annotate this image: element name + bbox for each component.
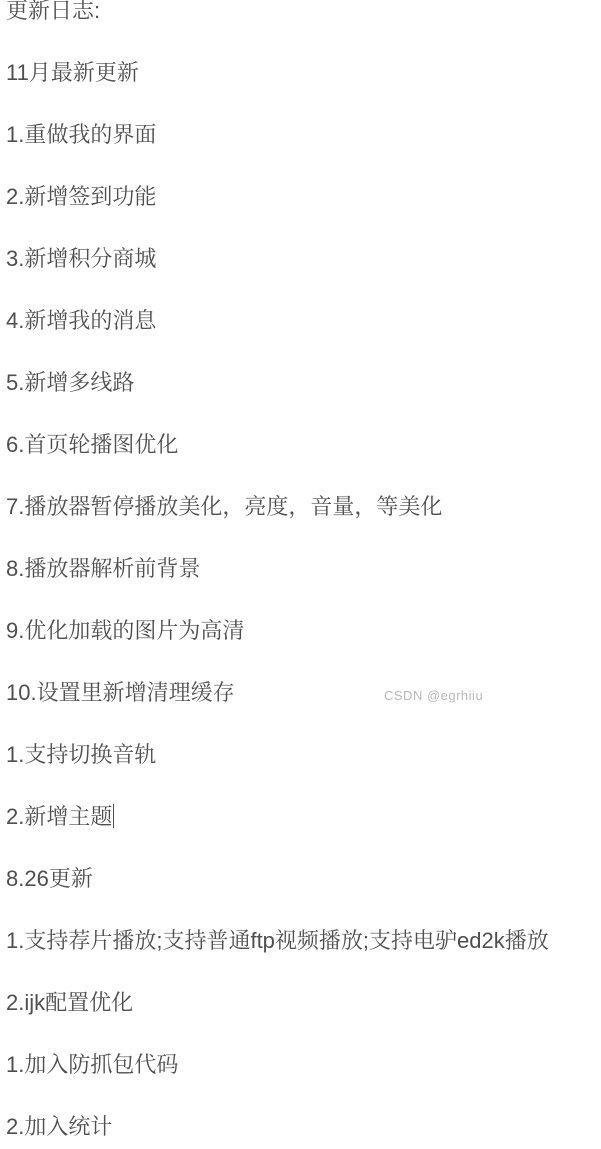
changelog-line-text: 1.重做我的界面 xyxy=(6,122,156,147)
changelog-line-text: 2.ijk配置优化 xyxy=(6,990,133,1015)
changelog-line-text: 2.加入统计 xyxy=(6,1114,112,1139)
changelog-title-text: 更新日志: xyxy=(6,0,100,23)
changelog-line-text: 2.新增签到功能 xyxy=(6,184,156,209)
changelog-line-text: 11月最新更新 xyxy=(6,60,139,85)
changelog-line: 1.重做我的界面 xyxy=(6,121,601,149)
csdn-watermark: CSDN @egrhiiu xyxy=(384,689,483,703)
changelog-line-text: 1.支持荐片播放;支持普通ftp视频播放;支持电驴ed2k播放 xyxy=(6,928,549,953)
changelog-document: 更新日志: 11月最新更新 1.重做我的界面 2.新增签到功能 3.新增积分商城… xyxy=(0,0,601,1146)
text-cursor xyxy=(113,804,114,828)
changelog-line-text: 9.优化加载的图片为高清 xyxy=(6,618,244,643)
changelog-line-text: 7.播放器暂停播放美化，亮度，音量，等美化 xyxy=(6,494,442,519)
changelog-section-heading: 8.26更新 xyxy=(6,865,601,893)
changelog-line-text: 1.加入防抓包代码 xyxy=(6,1052,178,1077)
changelog-line-text: 5.新增多线路 xyxy=(6,370,134,395)
changelog-line: 10.设置里新增清理缓存 xyxy=(6,679,601,707)
changelog-section-heading: 11月最新更新 xyxy=(6,59,601,87)
changelog-line-text: 3.新增积分商城 xyxy=(6,246,156,271)
changelog-line: 9.优化加载的图片为高清 xyxy=(6,617,601,645)
changelog-line-text: 6.首页轮播图优化 xyxy=(6,432,178,457)
changelog-line: 2.新增签到功能 xyxy=(6,183,601,211)
changelog-line-text: 1.支持切换音轨 xyxy=(6,742,156,767)
changelog-line: 5.新增多线路 xyxy=(6,369,601,397)
changelog-line: 3.新增积分商城 xyxy=(6,245,601,273)
changelog-line: 7.播放器暂停播放美化，亮度，音量，等美化 xyxy=(6,493,601,521)
changelog-line: 1.支持切换音轨 xyxy=(6,741,601,769)
changelog-line: 2.ijk配置优化 xyxy=(6,989,601,1017)
changelog-line: 8.播放器解析前背景 xyxy=(6,555,601,583)
changelog-line-text: 4.新增我的消息 xyxy=(6,308,156,333)
changelog-line-text: 10.设置里新增清理缓存 xyxy=(6,680,235,705)
changelog-line: 4.新增我的消息 xyxy=(6,307,601,335)
changelog-line-text: 2.新增主题 xyxy=(6,804,112,829)
changelog-line: 1.加入防抓包代码 xyxy=(6,1051,601,1079)
changelog-line-text: 8.26更新 xyxy=(6,866,93,891)
changelog-line: 2.加入统计 xyxy=(6,1113,601,1141)
changelog-title: 更新日志: xyxy=(6,0,601,25)
changelog-line-text: 8.播放器解析前背景 xyxy=(6,556,200,581)
changelog-line: 2.新增主题 xyxy=(6,803,601,831)
changelog-line: 1.支持荐片播放;支持普通ftp视频播放;支持电驴ed2k播放 xyxy=(6,927,601,955)
changelog-line: 6.首页轮播图优化 xyxy=(6,431,601,459)
